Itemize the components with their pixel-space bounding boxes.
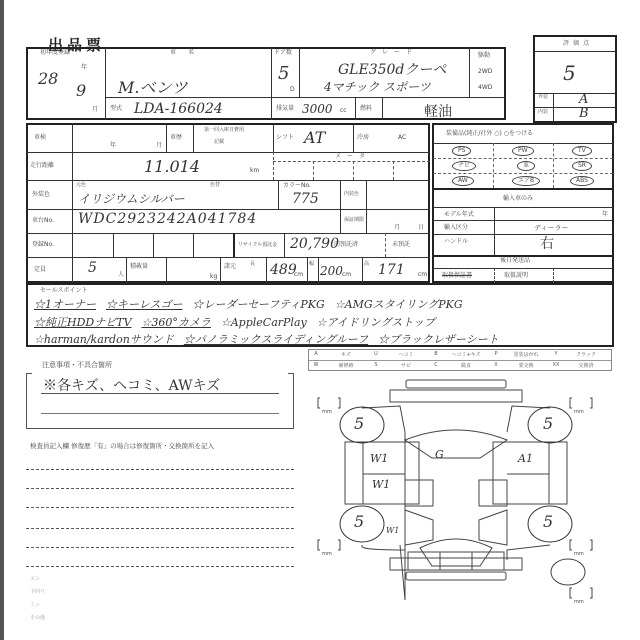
tire-rear-right: 5 [543, 512, 553, 531]
tire-unit: mm [322, 552, 332, 557]
damage-mark: W1 [386, 526, 399, 535]
tire-front-left: 5 [354, 414, 364, 433]
damage-mark: W1 [370, 452, 388, 465]
tire-unit: mm [322, 410, 332, 415]
tire-unit: mm [574, 410, 584, 415]
damage-mark: W1 [372, 478, 390, 491]
damage-mark: A1 [518, 452, 533, 465]
tire-front-right: 5 [543, 414, 553, 433]
damage-mark: G [435, 448, 444, 461]
car-diagram [0, 0, 640, 640]
tire-unit: mm [574, 552, 584, 557]
tire-unit: mm [574, 600, 584, 605]
tire-rear-left: 5 [354, 512, 364, 531]
